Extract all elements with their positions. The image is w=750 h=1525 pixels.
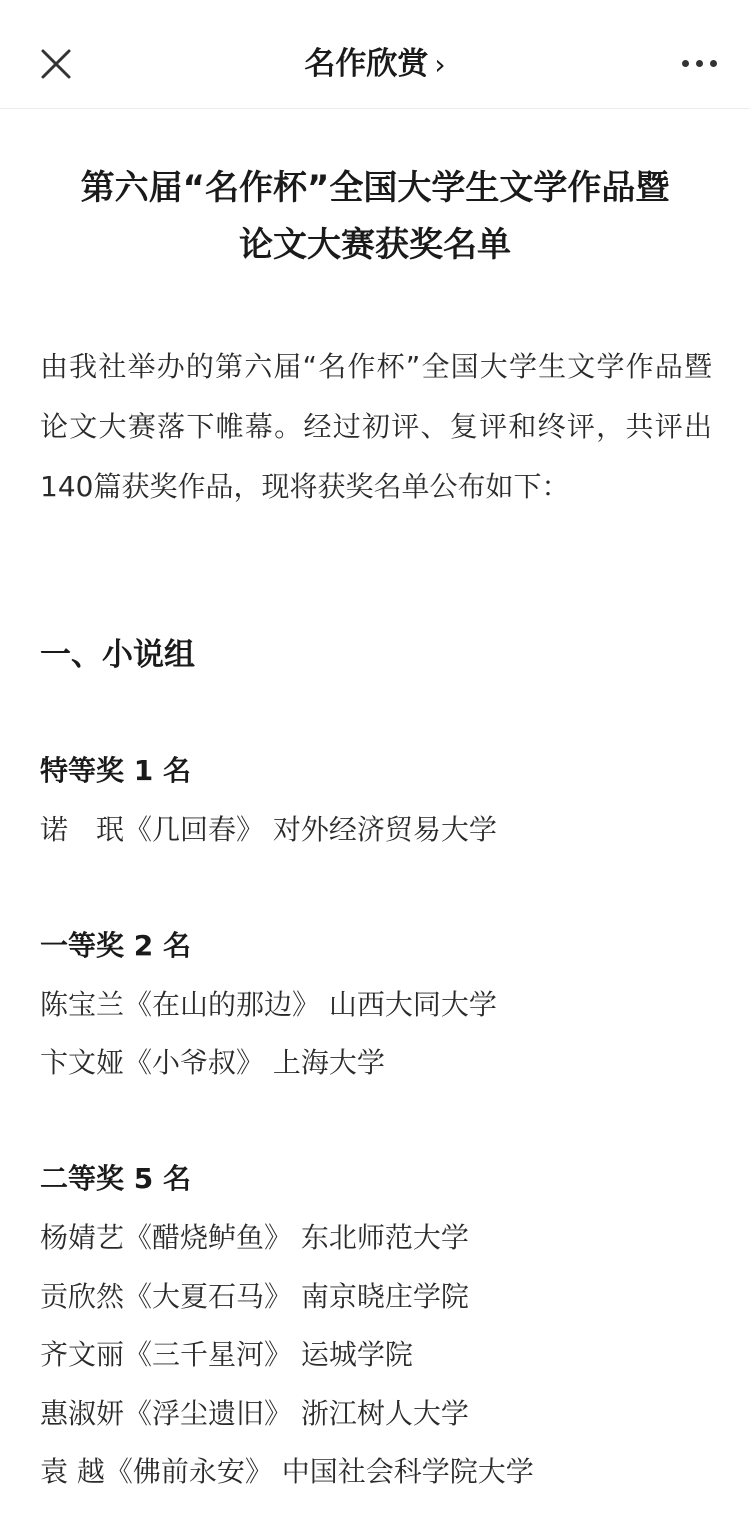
article-title-line-2: 论文大赛获奖名单	[0, 214, 750, 276]
winner-entry: 袁 越《佛前永安》 中国社会科学院大学	[40, 1450, 534, 1490]
section-heading-fiction: 一、小说组	[40, 629, 195, 674]
winner-entry: 惠淑妍《浮尘遗旧》 浙江树人大学	[40, 1392, 469, 1432]
more-dot-icon	[696, 60, 703, 67]
winner-entry: 贡欣然《大夏石马》 南京晓庄学院	[40, 1275, 469, 1315]
winner-entry: 卞文娅《小爷叔》 上海大学	[40, 1041, 385, 1081]
article-title-line-1: 第六届“名作杯”全国大学生文学作品暨	[0, 157, 750, 219]
more-options-button[interactable]	[680, 58, 718, 70]
account-title: 名作欣赏	[304, 46, 428, 82]
more-dot-icon	[682, 60, 689, 67]
winner-entry: 诺 珉《几回春》 对外经济贸易大学	[40, 808, 497, 848]
prize-heading-second: 二等奖 5 名	[40, 1157, 191, 1197]
prize-heading-first: 一等奖 2 名	[40, 924, 191, 964]
winner-entry: 陈宝兰《在山的那边》 山西大同大学	[40, 983, 497, 1023]
chevron-right-icon: ›	[434, 48, 445, 81]
prize-heading-special: 特等奖 1 名	[40, 749, 191, 789]
winner-entry: 齐文丽《三千星河》 运城学院	[40, 1333, 413, 1373]
top-navigation-bar: 名作欣赏›	[0, 0, 750, 109]
intro-paragraph: 由我社举办的第六届“名作杯”全国大学生文学作品暨论文大赛落下帷幕。经过初评、复评…	[40, 337, 712, 517]
account-title-link[interactable]: 名作欣赏›	[0, 42, 750, 87]
more-dot-icon	[710, 60, 717, 67]
winner-entry: 杨婧艺《醋烧鲈鱼》 东北师范大学	[40, 1216, 469, 1256]
